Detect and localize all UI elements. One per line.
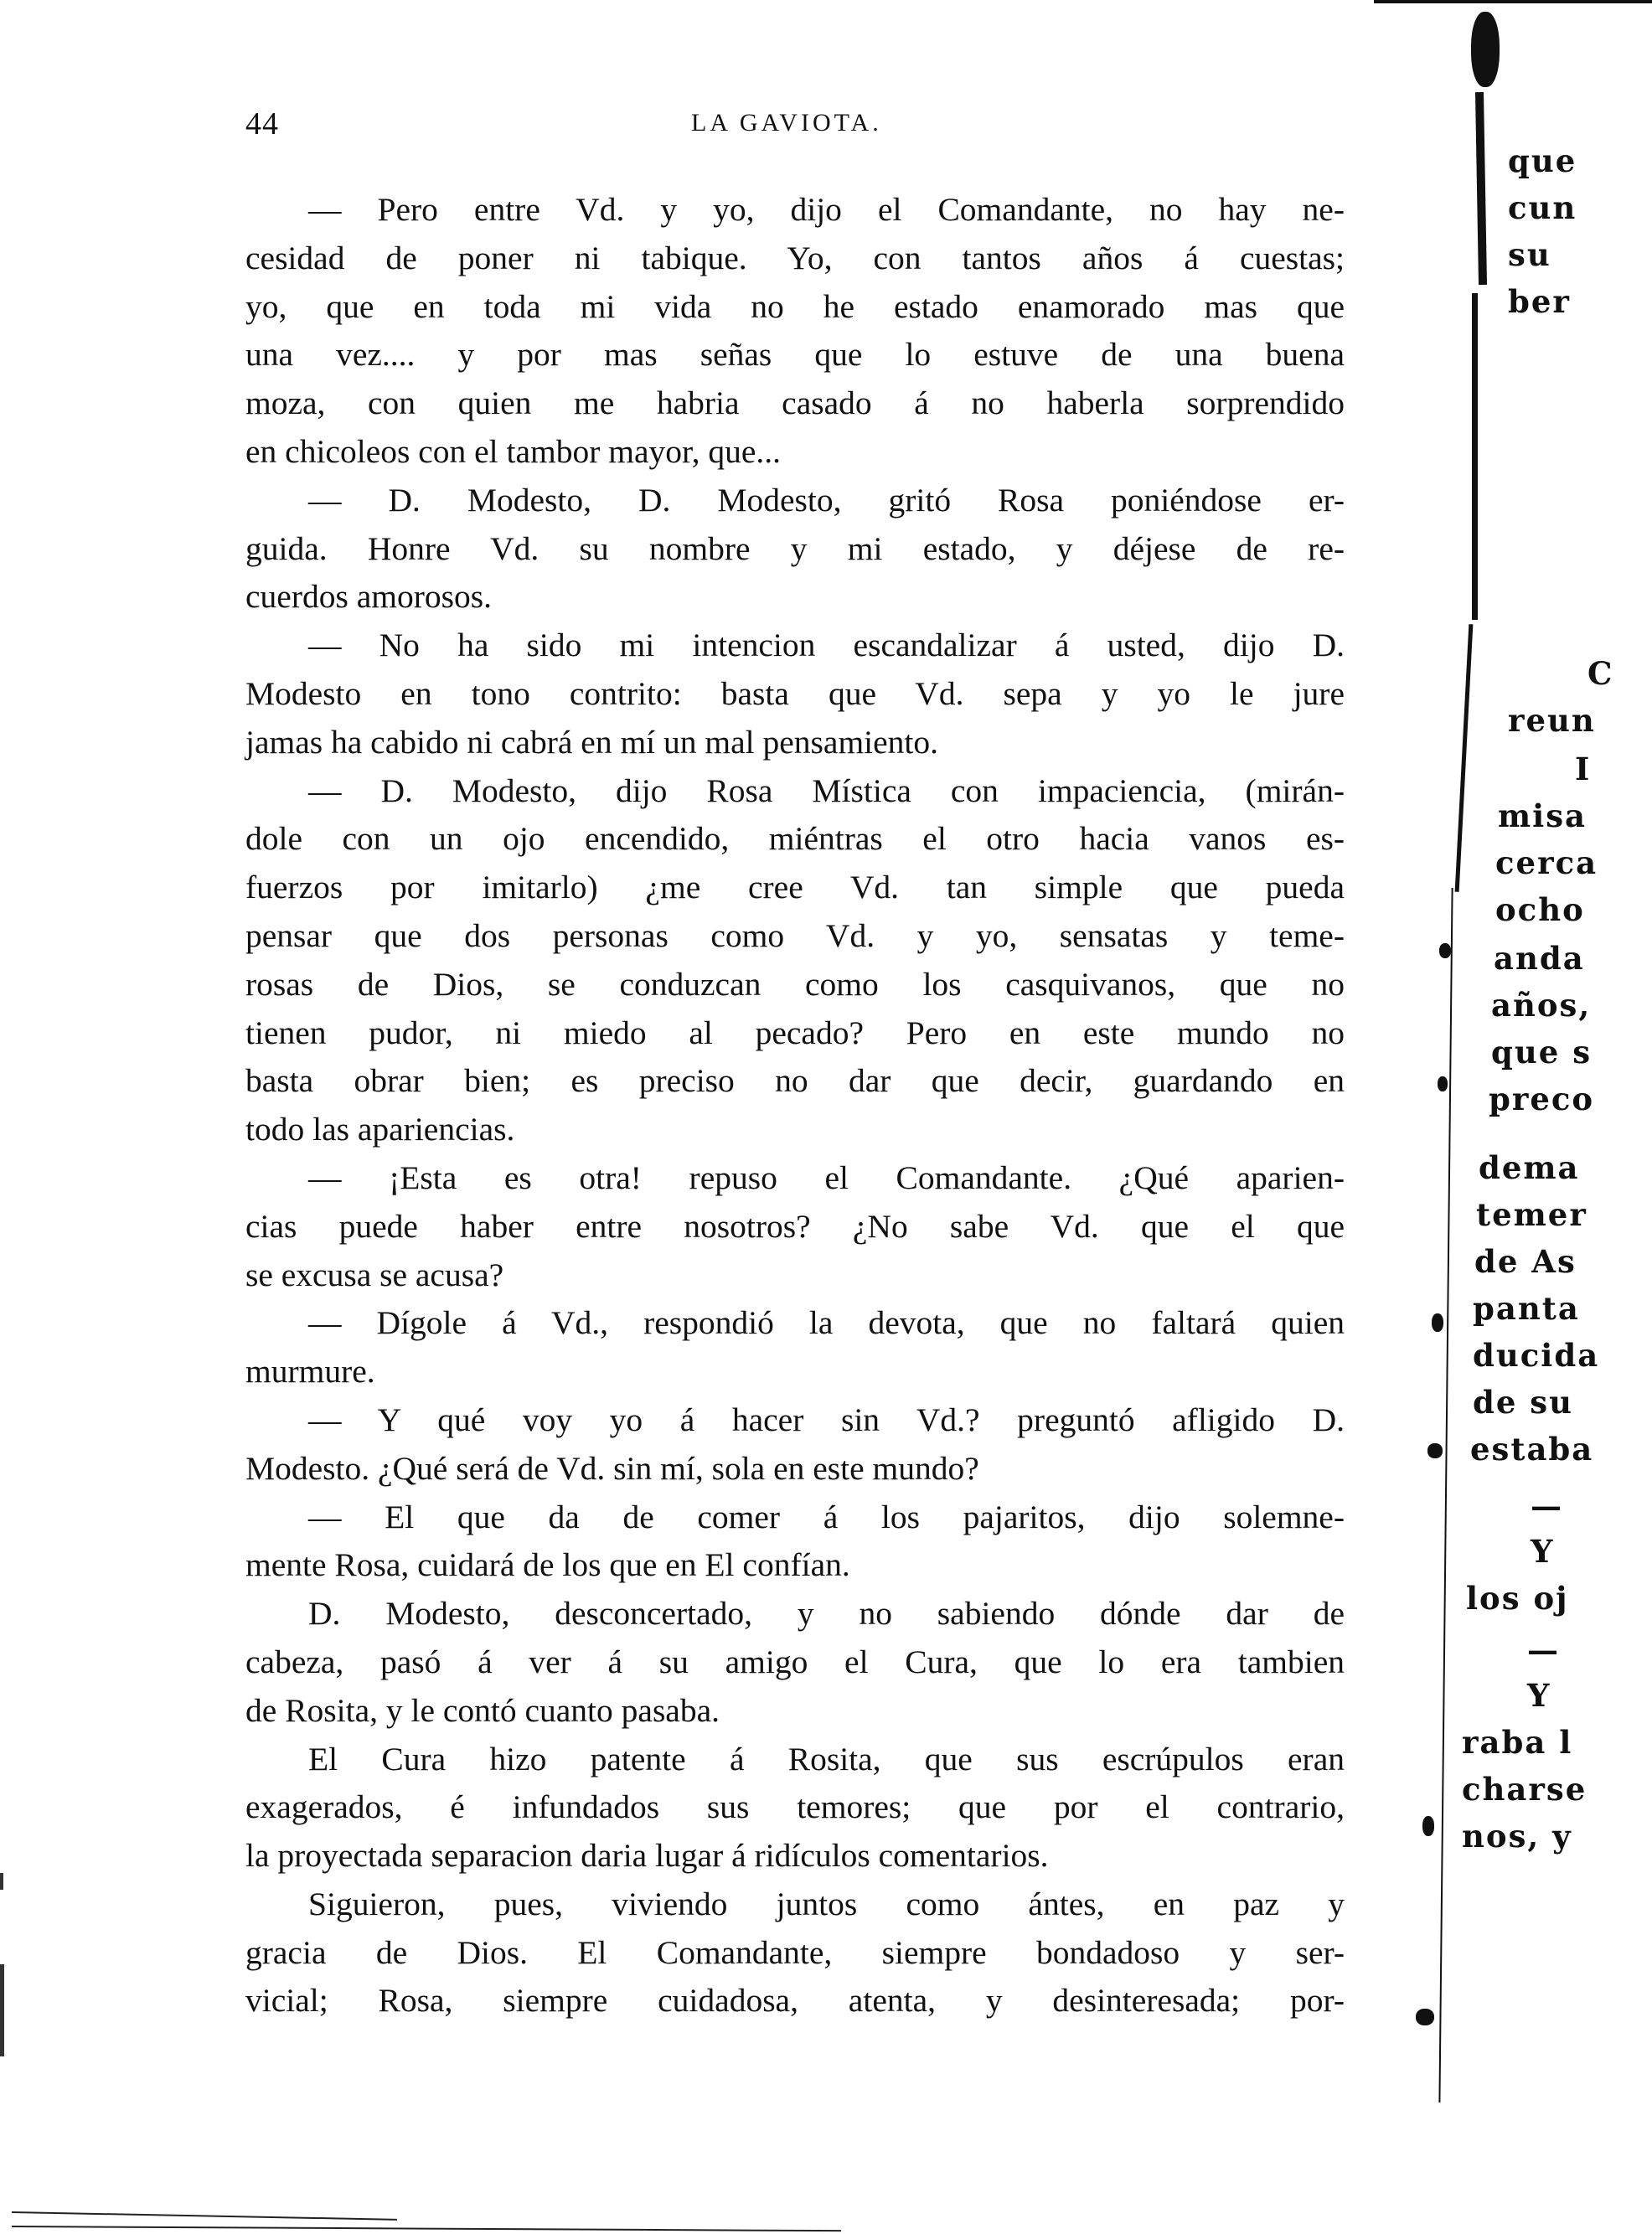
gutter-dot: [1438, 1076, 1448, 1091]
facing-text-fragment: misa: [1498, 797, 1587, 834]
gutter-dot: [1422, 1816, 1434, 1836]
text-line: cuerdos amorosos.: [245, 573, 1345, 622]
text-line: yo, que en toda mi vida no he estado ena…: [245, 283, 1345, 332]
facing-text-fragment: ber: [1508, 283, 1571, 320]
facing-text-fragment: cerca: [1495, 844, 1598, 881]
facing-text-fragment: dema: [1479, 1149, 1580, 1186]
scan-edge-noise: [0, 1873, 3, 1890]
facing-text-fragment: charse: [1462, 1771, 1587, 1808]
text-line: cabeza, pasó á ver á su amigo el Cura, q…: [245, 1638, 1345, 1687]
text-line: en chicoleos con el tambor mayor, que...: [245, 428, 1345, 477]
text-line: El Cura hizo patente á Rosita, que sus e…: [245, 1736, 1345, 1784]
text-line: — Pero entre Vd. y yo, dijo el Comandant…: [245, 186, 1345, 235]
text-line: murmure.: [245, 1348, 1345, 1396]
facing-page-fragment: quecunsuberCreunImisacercaochoandaaños,q…: [1462, 0, 1652, 2234]
facing-text-fragment: cun: [1508, 189, 1577, 226]
text-line: basta obrar bien; es preciso no dar que …: [245, 1057, 1345, 1106]
text-line: — Dígole á Vd., respondió la devota, que…: [245, 1299, 1345, 1348]
facing-text-fragment: anda: [1494, 940, 1585, 977]
facing-text-fragment: de su: [1473, 1384, 1573, 1421]
facing-text-fragment: los oj: [1466, 1580, 1569, 1617]
facing-text-fragment: I: [1575, 751, 1591, 787]
text-line: — Y qué voy yo á hacer sin Vd.? preguntó…: [245, 1396, 1345, 1445]
facing-text-fragment: años,: [1491, 987, 1591, 1024]
facing-text-fragment: panta: [1473, 1290, 1580, 1327]
text-line: — D. Modesto, D. Modesto, gritó Rosa pon…: [245, 477, 1345, 525]
text-line: mente Rosa, cuidará de los que en El con…: [245, 1541, 1345, 1590]
facing-text-fragment: preco: [1489, 1081, 1594, 1117]
text-line: tienen pudor, ni miedo al pecado? Pero e…: [245, 1009, 1345, 1058]
text-line: gracia de Dios. El Comandante, siempre b…: [245, 1929, 1345, 1978]
text-line: Siguieron, pues, viviendo juntos como án…: [245, 1881, 1345, 1929]
text-line: una vez.... y por mas señas que lo estuv…: [245, 331, 1345, 379]
facing-text-fragment: estaba: [1470, 1431, 1593, 1468]
facing-text-fragment: reun: [1508, 702, 1596, 739]
facing-text-fragment: Y: [1527, 1677, 1551, 1714]
facing-text-fragment: nos, y: [1462, 1818, 1572, 1855]
text-line: la proyectada separacion daria lugar á r…: [245, 1832, 1345, 1881]
text-line: Modesto en tono contrito: basta que Vd. …: [245, 670, 1345, 719]
facing-text-fragment: ducida: [1473, 1337, 1599, 1374]
facing-text-fragment: —: [1527, 1632, 1560, 1669]
text-line: guida. Honre Vd. su nombre y mi estado, …: [245, 525, 1345, 574]
text-line: vicial; Rosa, siempre cuidadosa, atenta,…: [245, 1977, 1345, 2025]
gutter-dot: [1439, 943, 1451, 958]
body-text: — Pero entre Vd. y yo, dijo el Comandant…: [245, 186, 1345, 2025]
scan-bottom-rule: [12, 2211, 397, 2221]
facing-text-fragment: de As: [1474, 1243, 1577, 1280]
text-line: se excusa se acusa?: [245, 1251, 1345, 1300]
facing-text-fragment: Y: [1531, 1533, 1554, 1570]
facing-text-fragment: temer: [1476, 1196, 1587, 1233]
text-line: dole con un ojo encendido, miéntras el o…: [245, 815, 1345, 864]
text-line: rosas de Dios, se conduzcan como los cas…: [245, 961, 1345, 1009]
scan-edge-noise: [0, 1964, 4, 2056]
text-line: moza, con quien me habria casado á no ha…: [245, 379, 1345, 428]
facing-text-fragment: ocho: [1495, 891, 1585, 928]
facing-text-fragment: su: [1508, 236, 1551, 273]
facing-text-fragment: C: [1587, 655, 1613, 692]
text-line: todo las apariencias.: [245, 1106, 1345, 1154]
text-line: — D. Modesto, dijo Rosa Mística con impa…: [245, 767, 1345, 816]
gutter-dot: [1427, 1443, 1443, 1458]
text-line: — ¡Esta es otra! repuso el Comandante. ¿…: [245, 1154, 1345, 1203]
text-line: D. Modesto, desconcertado, y no sabiendo…: [245, 1590, 1345, 1638]
scan-bottom-rule: [12, 2226, 841, 2231]
facing-text-fragment: que s: [1491, 1034, 1592, 1071]
text-line: fuerzos por imitarlo) ¿me cree Vd. tan s…: [245, 864, 1345, 912]
text-line: — No ha sido mi intencion escandalizar á…: [245, 622, 1345, 670]
gutter-dot: [1432, 1313, 1443, 1332]
text-line: cesidad de poner ni tabique. Yo, con tan…: [245, 235, 1345, 283]
text-line: jamas ha cabido ni cabrá en mí un mal pe…: [245, 719, 1345, 767]
text-line: exagerados, é infundados sus temores; qu…: [245, 1783, 1345, 1832]
text-line: — El que da de comer á los pajaritos, di…: [245, 1494, 1345, 1542]
text-line: de Rosita, y le contó cuanto pasaba.: [245, 1687, 1345, 1736]
facing-text-fragment: raba l: [1462, 1724, 1572, 1761]
gutter-dot: [1416, 2009, 1434, 2025]
text-line: cias puede haber entre nosotros? ¿No sab…: [245, 1203, 1345, 1251]
facing-text-fragment: que: [1508, 142, 1577, 179]
running-head: LA GAVIOTA.: [691, 109, 882, 137]
text-line: pensar que dos personas como Vd. y yo, s…: [245, 912, 1345, 961]
facing-text-fragment: —: [1531, 1488, 1563, 1525]
page-number: 44: [245, 106, 279, 142]
gutter-line: [1438, 888, 1453, 2102]
text-line: Modesto. ¿Qué será de Vd. sin mí, sola e…: [245, 1445, 1345, 1494]
